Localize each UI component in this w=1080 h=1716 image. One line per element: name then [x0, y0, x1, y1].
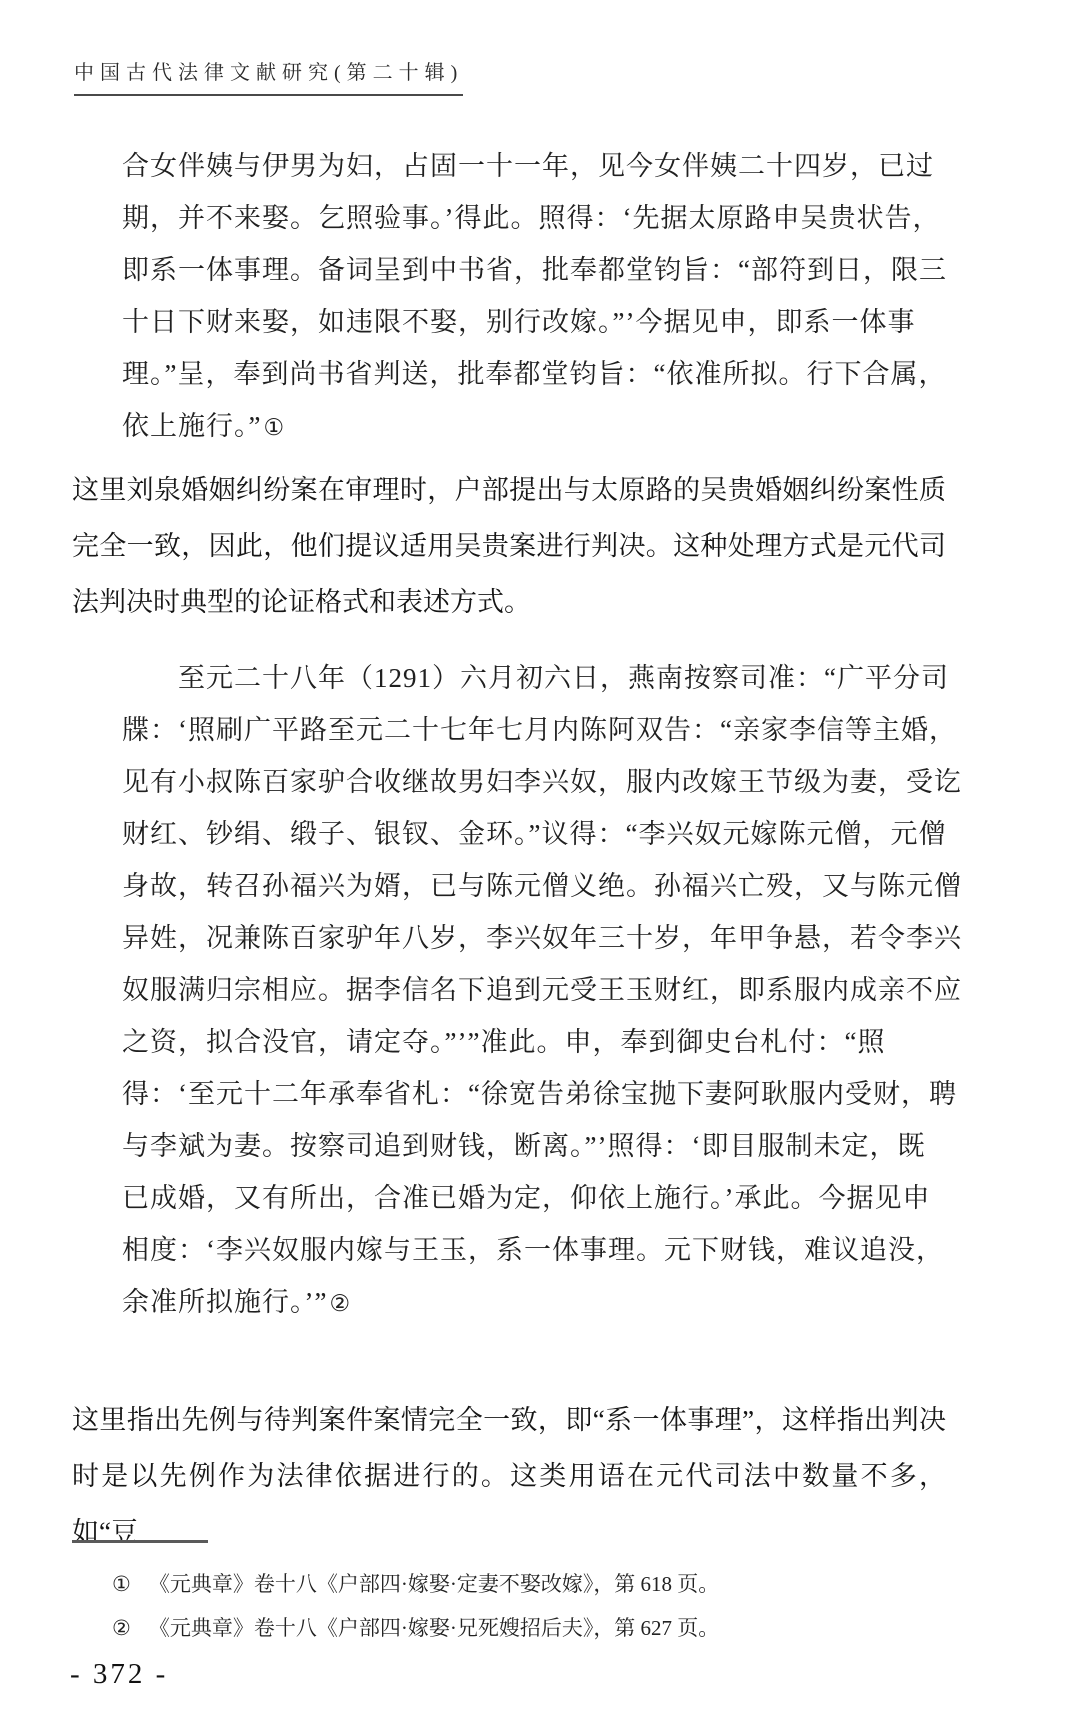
footnote-text: 《元典章》卷十八《户部四·嫁娶·定妻不娶改嫁》，第 618 页。: [149, 1562, 719, 1606]
footnote-marker: ②: [112, 1606, 131, 1650]
book-page: 中国古代法律文献研究(第二十辑) 合女伴姨与伊男为妇，占固一十一年，见今女伴姨二…: [0, 0, 1080, 1716]
quote-line: 合女伴姨与伊男为妇，占固一十一年，见今女伴姨二十四岁，已过: [122, 140, 952, 192]
quote-line: 至元二十八年（1291）六月初六日，燕南按察司准：“广平分司: [122, 652, 952, 704]
paragraph-2: 这里指出先例与待判案件案情完全一致，即“系一体事理”，这样指出判决时是以先例作为…: [72, 1392, 946, 1560]
quote-line: 理。”呈，奉到尚书省判送，批奉都堂钧旨：“依准所拟。行下合属，: [122, 348, 952, 400]
quote-line: 奴服满归宗相应。据李信名下追到元受王玉财红，即系服内成亲不应: [122, 964, 952, 1016]
footnote-separator: [72, 1540, 208, 1543]
footnote-marker: ①: [112, 1562, 131, 1606]
quote-line: 身故，转召孙福兴为婿，已与陈元僧义绝。孙福兴亡殁，又与陈元僧: [122, 860, 952, 912]
quote-line: 期，并不来娶。乞照验事。’得此。照得：‘先据太原路申吴贵状告，: [122, 192, 952, 244]
footnote-item: ② 《元典章》卷十八《户部四·嫁娶·兄死嫂招后夫》，第 627 页。: [112, 1606, 719, 1650]
quote-line: 十日下财来娶，如违限不娶，别行改嫁。”’今据见申，即系一体事: [122, 296, 952, 348]
quote-line: 即系一体事理。备词呈到中书省，批奉都堂钧旨：“部符到日，限三: [122, 244, 952, 296]
quote-line: 之资，拟合没官，请定夺。”’”准此。申，奉到御史台札付：“照: [122, 1016, 952, 1068]
quote-line-text: 余准所拟施行。’”: [122, 1287, 327, 1317]
quote-line: 已成婚，又有所出，合准已婚为定，仰依上施行。’承此。今据见申: [122, 1172, 952, 1224]
quote-line-text: 依上施行。”: [122, 411, 261, 441]
quote-line: 异姓，况兼陈百家驴年八岁，李兴奴年三十岁，年甲争悬，若令李兴: [122, 912, 952, 964]
block-quote-1: 合女伴姨与伊男为妇，占固一十一年，见今女伴姨二十四岁，已过 期，并不来娶。乞照验…: [122, 140, 952, 452]
footnote-ref-1: ①: [263, 415, 285, 440]
quote-line: 与李斌为妻。按察司追到财钱，断离。”’照得：‘即目服制未定，既: [122, 1120, 952, 1172]
quote-line: 牒：‘照刷广平路至元二十七年七月内陈阿双告：“亲家李信等主婚，: [122, 704, 952, 756]
block-quote-2: 至元二十八年（1291）六月初六日，燕南按察司准：“广平分司 牒：‘照刷广平路至…: [122, 652, 952, 1328]
footnote-ref-2: ②: [329, 1291, 351, 1316]
quote-line: 得：‘至元十二年承奉省札：“徐宽告弟徐宝抛下妻阿耿服内受财，聘: [122, 1068, 952, 1120]
quote-line: 余准所拟施行。’”②: [122, 1276, 952, 1328]
quote-line: 相度：‘李兴奴服内嫁与王玉，系一体事理。元下财钱，难议追没，: [122, 1224, 952, 1276]
footnote-text: 《元典章》卷十八《户部四·嫁娶·兄死嫂招后夫》，第 627 页。: [149, 1606, 719, 1650]
footnote-item: ① 《元典章》卷十八《户部四·嫁娶·定妻不娶改嫁》，第 618 页。: [112, 1562, 719, 1606]
quote-line: 见有小叔陈百家驴合收继故男妇李兴奴，服内改嫁王节级为妻，受讫: [122, 756, 952, 808]
running-header: 中国古代法律文献研究(第二十辑): [74, 56, 463, 96]
paragraph-1: 这里刘泉婚姻纠纷案在审理时，户部提出与太原路的吴贵婚姻纠纷案性质完全一致，因此，…: [72, 462, 946, 630]
footnotes: ① 《元典章》卷十八《户部四·嫁娶·定妻不娶改嫁》，第 618 页。 ② 《元典…: [112, 1562, 719, 1650]
page-number: - 372 -: [70, 1658, 168, 1691]
quote-line: 依上施行。”①: [122, 400, 952, 452]
quote-line: 财红、钞绢、缎子、银钗、金环。”议得：“李兴奴元嫁陈元僧，元僧: [122, 808, 952, 860]
